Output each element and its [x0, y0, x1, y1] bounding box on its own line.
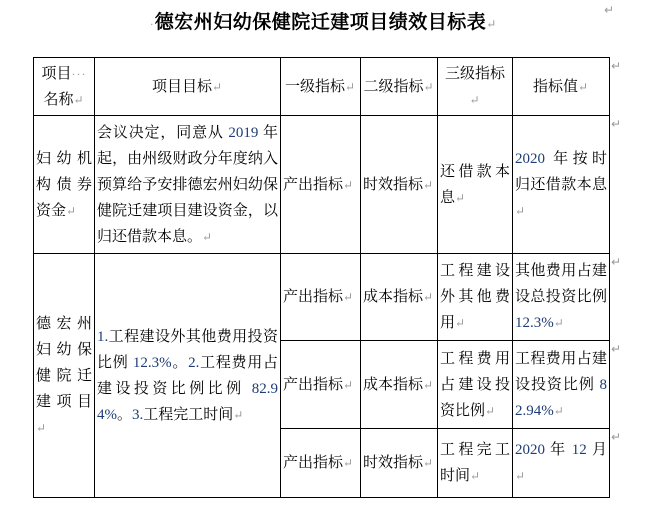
document-page: ·德宏州妇幼保健院迁建项目绩效目标表↵ 项目···名称↵ 项目目标↵ 一级指标↵… [0, 0, 647, 509]
cell-indicator-value-r4: 2020 年 12 月↵ [513, 429, 610, 498]
cell-level1-indicator-r3: 产出指标↵ [281, 341, 361, 429]
cell-level3-indicator-r2: 工程建设外其他费用↵ [438, 254, 513, 341]
cell-project-name-bond-funds: 妇幼机构债券资金↵ [34, 116, 95, 254]
header-cell-level3-indicator: 三级指标↵ [438, 58, 513, 116]
document-title: ·德宏州妇幼保健院迁建项目绩效目标表↵ [0, 10, 647, 37]
cell-level3-indicator-r3: 工程费用占建设投资比例↵ [438, 341, 513, 429]
row-end-mark: ↵ [611, 343, 621, 355]
performance-target-table: 项目···名称↵ 项目目标↵ 一级指标↵ 二级指标↵ 三级指标↵ 指标值↵ 妇幼… [33, 57, 610, 498]
table-row-bond-funds: 妇幼机构债券资金↵ 会议决定，同意从 2019 年起，由州级财政分年度纳入预算给… [34, 116, 610, 254]
cell-level2-indicator-r4: 时效指标↵ [361, 429, 438, 498]
header-cell-level1-indicator: 一级指标↵ [281, 58, 361, 116]
header-cell-level2-indicator: 二级指标↵ [361, 58, 438, 116]
cell-indicator-value-r2: 其他费用占建设总投资比例 12.3%↵ [513, 254, 610, 341]
cell-level1-indicator-r2: 产出指标↵ [281, 254, 361, 341]
header-cell-project-name: 项目···名称↵ [34, 58, 95, 116]
cell-project-goal-relocation: 1.工程建设外其他费用投资比例 12.3%。2.工程费用占建设投资比例比例 82… [95, 254, 281, 498]
table-header-row: 项目···名称↵ 项目目标↵ 一级指标↵ 二级指标↵ 三级指标↵ 指标值↵ [34, 58, 610, 116]
cell-level1-indicator-r4: 产出指标↵ [281, 429, 361, 498]
row-end-mark: ↵ [611, 431, 621, 443]
row-end-mark: ↵ [611, 60, 621, 72]
paragraph-mark: ↵ [604, 4, 614, 16]
cell-level2-indicator-r1: 时效指标↵ [361, 116, 438, 254]
cell-project-goal-bond-funds: 会议决定，同意从 2019 年起，由州级财政分年度纳入预算给予安排德宏州妇幼保健… [95, 116, 281, 254]
cell-indicator-value-r1: 2020 年按时归还借款本息↵ [513, 116, 610, 254]
cell-level3-indicator-r1: 还借款本息↵ [438, 116, 513, 254]
cell-level2-indicator-r2: 成本指标↵ [361, 254, 438, 341]
row-end-mark: ↵ [611, 256, 621, 268]
cell-level3-indicator-r4: 工程完工时间↵ [438, 429, 513, 498]
header-cell-project-goal: 项目目标↵ [95, 58, 281, 116]
cell-indicator-value-r3: 工程费用占建设投资比例 82.94%↵ [513, 341, 610, 429]
row-end-mark: ↵ [611, 118, 621, 130]
cell-level2-indicator-r3: 成本指标↵ [361, 341, 438, 429]
header-cell-indicator-value: 指标值↵ [513, 58, 610, 116]
table-row-relocation-a: 德宏州妇幼保健院迁建项目↵ 1.工程建设外其他费用投资比例 12.3%。2.工程… [34, 254, 610, 341]
cell-project-name-relocation: 德宏州妇幼保健院迁建项目↵ [34, 254, 95, 498]
cell-level1-indicator-r1: 产出指标↵ [281, 116, 361, 254]
